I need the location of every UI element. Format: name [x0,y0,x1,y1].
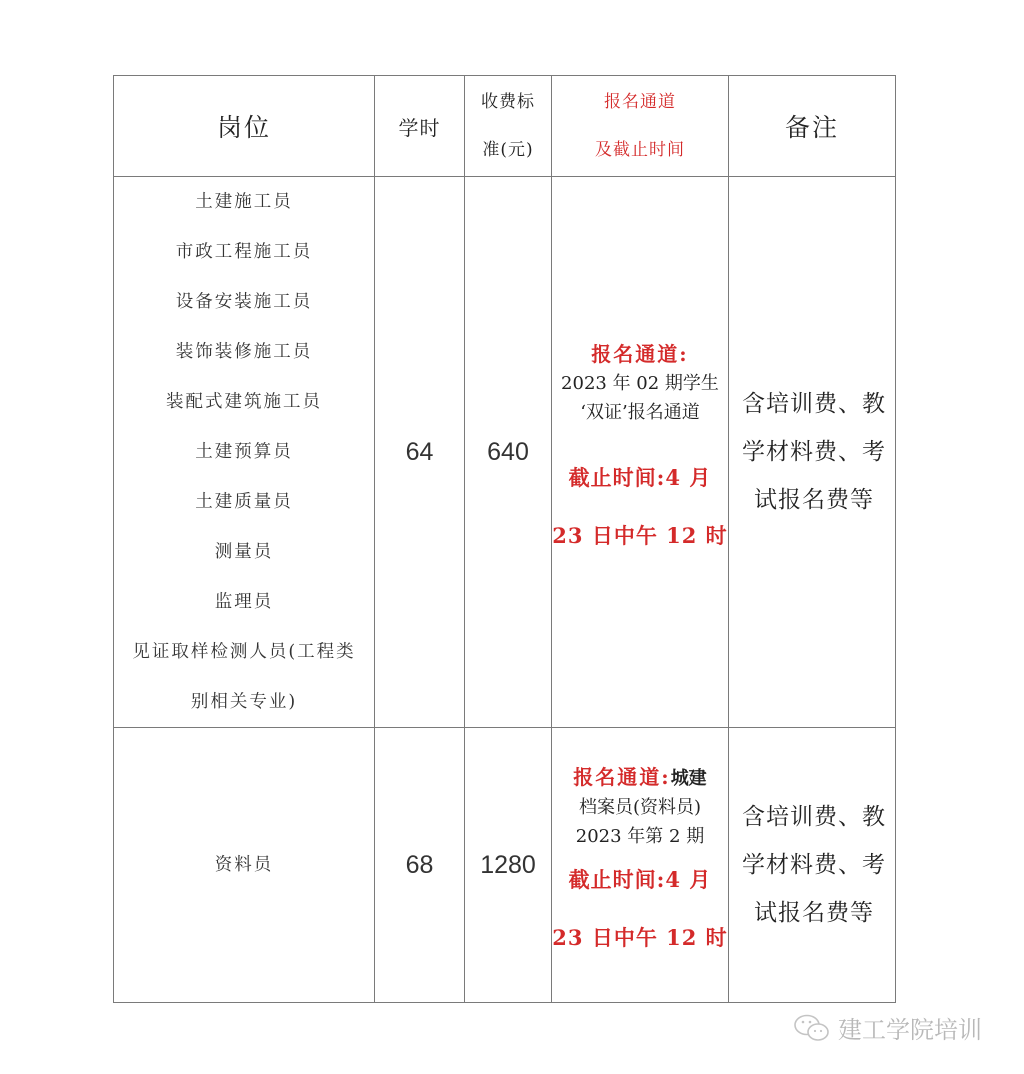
hours-cell: 64 [375,177,465,728]
remarks-cell: 含培训费、教 学材料费、考 试报名费等 [729,177,896,728]
position-item: 土建施工员 [114,177,374,227]
deadline: 23 日中午 12 时 [552,507,728,565]
table-row: 土建施工员 市政工程施工员 设备安装施工员 装饰装修施工员 装配式建筑施工员 土… [114,177,896,728]
position-item: 土建预算员 [114,427,374,477]
remarks-cell: 含培训费、教 学材料费、考 试报名费等 [729,728,896,1003]
position-item: 市政工程施工员 [114,227,374,277]
header-fee: 收费标 准(元) [465,76,552,177]
position-item: 土建质量员 [114,477,374,527]
positions-cell: 土建施工员 市政工程施工员 设备安装施工员 装饰装修施工员 装配式建筑施工员 土… [114,177,375,728]
watermark-text: 建工学院培训 [838,1010,982,1045]
position-item: 资料员 [114,840,374,890]
position-item: 装饰装修施工员 [114,327,374,377]
fee-cell: 640 [465,177,552,728]
positions-cell: 资料员 [114,728,375,1003]
registration-channel: 2023 年第 2 期 [552,822,728,851]
header-hours: 学时 [375,76,465,177]
deadline: 截止时间:4 月 [552,449,728,507]
registration-cell: 报名通道:城建 档案员(资料员) 2023 年第 2 期 截止时间:4 月 23… [552,728,729,1003]
fee-table: 岗位 学时 收费标 准(元) 报名通道 及截止时间 备注 土建施工员 市政工程施… [113,75,896,1003]
position-item: 装配式建筑施工员 [114,377,374,427]
header-row: 岗位 学时 收费标 准(元) 报名通道 及截止时间 备注 [114,76,896,177]
registration-label: 报名通道: [573,765,670,789]
deadline: 23 日中午 12 时 [552,909,728,967]
registration-channel: ‘双证’报名通道 [552,398,728,427]
registration-channel: 2023 年 02 期学生 [552,369,728,398]
registration-channel: 城建 [671,768,707,789]
header-position: 岗位 [114,76,375,177]
table-row: 资料员 68 1280 报名通道:城建 档案员(资料员) 2023 年第 2 期… [114,728,896,1003]
watermark: 建工学院培训 [792,1010,982,1045]
position-item: 见证取样检测人员(工程类 [114,627,374,677]
deadline: 截止时间:4 月 [552,851,728,909]
header-registration: 报名通道 及截止时间 [552,76,729,177]
position-item: 监理员 [114,577,374,627]
registration-channel: 档案员(资料员) [552,793,728,822]
hours-cell: 68 [375,728,465,1003]
fee-cell: 1280 [465,728,552,1003]
position-item: 测量员 [114,527,374,577]
registration-cell: 报名通道: 2023 年 02 期学生 ‘双证’报名通道 截止时间:4 月 23… [552,177,729,728]
header-remarks: 备注 [729,76,896,177]
position-item: 别相关专业) [114,677,374,727]
registration-label: 报名通道: [552,340,728,369]
position-item: 设备安装施工员 [114,277,374,327]
wechat-icon [792,1012,832,1044]
